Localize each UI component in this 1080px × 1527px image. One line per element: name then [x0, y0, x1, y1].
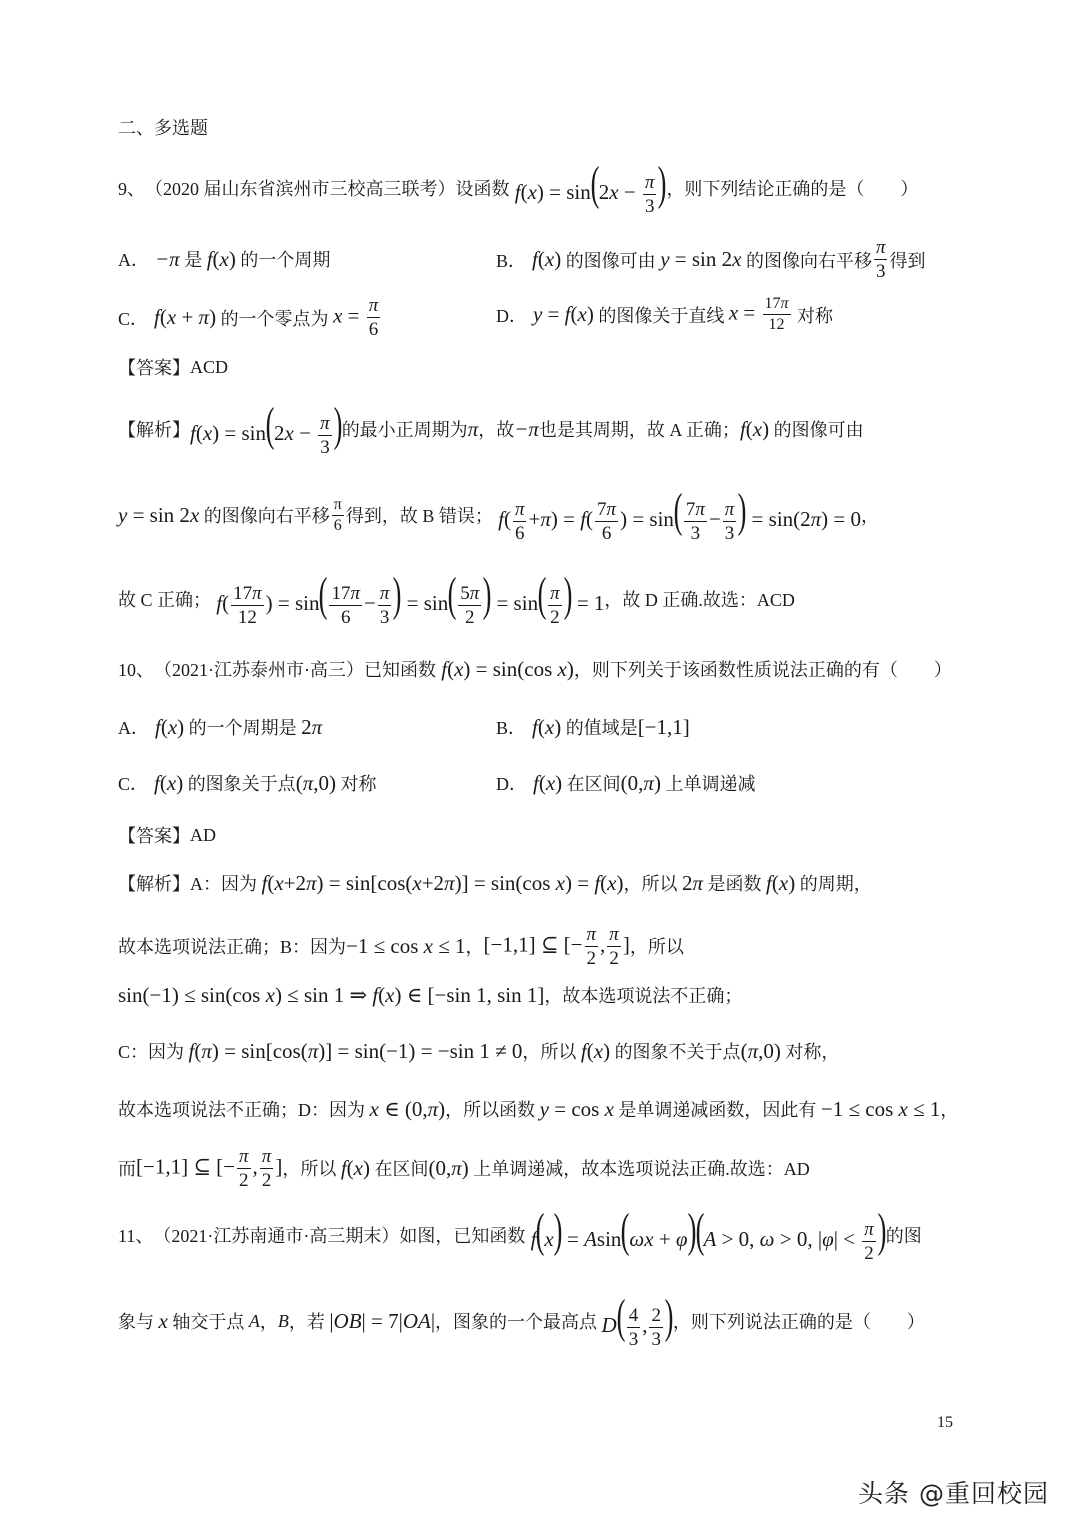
- question-number: 10、: [118, 656, 154, 682]
- question-number: 9、: [118, 175, 145, 201]
- analysis-10-line-6: 而[−1,1] ⊆ [−π2,π2]，所以 f(x) 在区间(0,π) 上单调递…: [118, 1140, 810, 1196]
- question-11-stem-line-2: 象与 x 轴交于点 A，B，若 |OB| = 7|OA|，图象的一个最高点 D(…: [118, 1292, 925, 1350]
- option-a: A． f(x) 的一个周期是 2π: [118, 714, 322, 740]
- watermark: 头条 @重回校园: [858, 1474, 1049, 1510]
- option-d: D． f(x) 在区间(0,π) 上单调递减: [496, 770, 755, 796]
- answer-value: AD: [190, 825, 216, 846]
- analysis-9-line-1: 【解析】 f(x) = sin(2x − π3) 的最小正周期为π，故−π也是其…: [118, 400, 864, 458]
- formula: f(x) = sin(2x − π3): [510, 160, 667, 216]
- answer-value: ACD: [190, 357, 228, 378]
- page-number: 15: [937, 1414, 953, 1432]
- analysis-10-line-2: 故本选项说法正确；B：因为−1 ≤ cos x ≤ 1，[−1,1] ⊆ [−π…: [118, 918, 684, 974]
- question-source: （2020 届山东省滨州市三校高三联考）: [145, 175, 456, 201]
- analysis-10-line-4: C：因为 f(π) = sin[cos(π)] = sin(−1) = −sin…: [118, 1038, 839, 1064]
- analysis-10-line-1: 【解析】A：因为 f(x+2π) = sin[cos(x+2π)] = sin(…: [118, 870, 872, 896]
- option-a: A． −π 是 f(x) 的一个周期: [118, 246, 330, 272]
- question-source: （2021·江苏南通市·高三期末）: [153, 1222, 399, 1248]
- section-title: 二、多选题: [118, 114, 208, 140]
- option-b: B． f(x) 的值域是[−1,1]: [496, 714, 690, 740]
- question-source: （2021·江苏泰州市·高三）: [154, 656, 364, 682]
- answer-9: 【答案】ACD: [118, 354, 228, 380]
- question-10-stem: 10、 （2021·江苏泰州市·高三） 已知函数 f(x) = sin(cos …: [118, 656, 952, 682]
- option-d: D． y = f(x) 的图像关于直线 x = 17π12 对称: [496, 296, 833, 333]
- answer-10: 【答案】AD: [118, 822, 216, 848]
- analysis-9-line-2: y = sin 2x 的图像向右平移π6得到，故 B 错误； f(π6+π) =…: [118, 486, 879, 544]
- question-number: 11、: [118, 1222, 153, 1248]
- question-9-stem: 9、 （2020 届山东省滨州市三校高三联考） 设函数 f(x) = sin(2…: [118, 160, 918, 216]
- analysis-10-line-3: sin(−1) ≤ sin(cos x) ≤ sin 1 ⇒ f(x) ∈ [−…: [118, 982, 742, 1008]
- option-c: C． f(x) 的图象关于点(π,0) 对称: [118, 770, 376, 796]
- analysis-10-line-5: 故本选项说法不正确；D：因为 x ∈ (0,π)，所以函数 y = cos x …: [118, 1096, 958, 1122]
- question-11-stem: 11、 （2021·江苏南通市·高三期末） 如图，已知函数 f(x) = Asi…: [118, 1206, 922, 1264]
- option-c: C． f(x + π) 的一个零点为 x = π6: [118, 296, 382, 339]
- analysis-9-line-3: 故 C 正确； f(17π12) = sin(17π6−π3) = sin(5π…: [118, 570, 795, 628]
- option-b: B． f(x) 的图像可由 y = sin 2x 的图像向右平移π3得到: [496, 238, 925, 281]
